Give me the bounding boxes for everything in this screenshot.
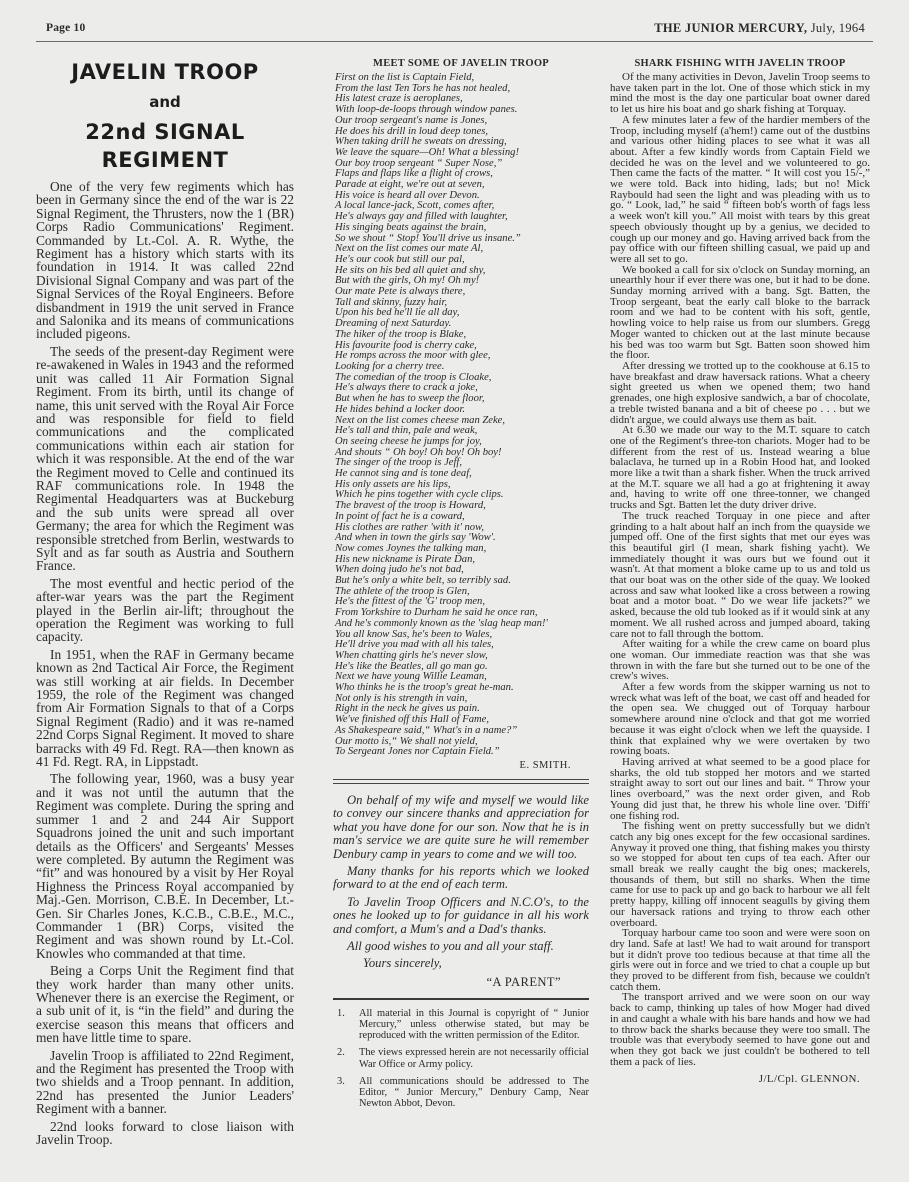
notice-number: 1.: [333, 1008, 359, 1042]
poem-author: E. SMITH.: [333, 760, 589, 771]
magazine-page: Page 10 THE JUNIOR MERCURY, July, 1964 J…: [0, 0, 909, 1182]
notices-divider: [333, 998, 589, 1000]
poem-line: To Sergeant Jones nor Captain Field.”: [335, 747, 589, 758]
paragraph: A few minutes later a few of the hardier…: [610, 115, 870, 265]
notice-item: 2. The views expressed herein are not ne…: [333, 1047, 589, 1069]
poem-line: The hiker of the troop is Blake,: [335, 330, 589, 341]
paragraph: 22nd looks forward to close liaison with…: [36, 1120, 294, 1147]
notice-item: 3. All communications should be addresse…: [333, 1076, 589, 1110]
publication-name: THE JUNIOR MERCURY,: [654, 21, 807, 35]
shark-article-author: J/L/Cpl. GLENNON.: [610, 1073, 870, 1085]
notice-text: All material in this Journal is copyrigh…: [359, 1008, 589, 1042]
letter-paragraph: On behalf of my wife and myself we would…: [333, 794, 589, 861]
article-title-line3: 22nd SIGNAL REGIMENT: [36, 118, 294, 174]
paragraph: We booked a call for six o'clock on Sund…: [610, 265, 870, 361]
paragraph: The transport arrived and we were soon o…: [610, 992, 870, 1067]
poem-line: On seeing cheese he jumps for joy,: [335, 437, 589, 448]
notice-number: 2.: [333, 1047, 359, 1069]
paragraph: One of the very few regiments which has …: [36, 180, 294, 341]
article-body: One of the very few regiments which has …: [36, 180, 294, 1146]
letter-paragraph: To Javelin Troop Officers and N.C.O's, t…: [333, 896, 589, 936]
paragraph: At 6.30 we made our way to the M.T. squa…: [610, 425, 870, 511]
paragraph: Having arrived at what seemed to be a go…: [610, 757, 870, 821]
paragraph: Being a Corps Unit the Regiment find tha…: [36, 964, 294, 1044]
article-title-line1: JAVELIN TROOP: [36, 58, 294, 86]
letter-signature: “A PARENT”: [333, 975, 589, 990]
column-poem-letter: MEET SOME OF JAVELIN TROOP First on the …: [333, 58, 589, 1116]
paragraph: In 1951, when the RAF in Germany became …: [36, 648, 294, 769]
shark-article-title: SHARK FISHING WITH JAVELIN TROOP: [610, 58, 870, 69]
poem-line: He hides behind a locker door.: [335, 405, 589, 416]
notice-text: The views expressed herein are not neces…: [359, 1047, 589, 1069]
publication-date: July, 1964: [811, 21, 865, 35]
poem-body: First on the list is Captain Field,From …: [333, 73, 589, 758]
paragraph: Javelin Troop is affiliated to 22nd Regi…: [36, 1049, 294, 1116]
paragraph: The fishing went on pretty successfully …: [610, 821, 870, 928]
notice-item: 1. All material in this Journal is copyr…: [333, 1008, 589, 1042]
paragraph: After waiting for a while the crew came …: [610, 639, 870, 682]
parent-letter: On behalf of my wife and myself we would…: [333, 794, 589, 990]
article-title-line2: and: [36, 92, 294, 112]
poem-line: And he's commonly known as the 'slag hea…: [335, 619, 589, 630]
notice-number: 3.: [333, 1076, 359, 1110]
paragraph: After a few words from the skipper warni…: [610, 682, 870, 757]
publication-header: THE JUNIOR MERCURY, July, 1964: [654, 21, 865, 36]
column-shark-article: SHARK FISHING WITH JAVELIN TROOP Of the …: [610, 58, 870, 1085]
paragraph: The most eventful and hectic period of t…: [36, 577, 294, 644]
poem-line: In point of fact he is a coward,: [335, 512, 589, 523]
poem-line: As Shakespeare said,“ What's in a name?”: [335, 726, 589, 737]
paragraph: The truck reached Torquay in one piece a…: [610, 511, 870, 639]
poem-title: MEET SOME OF JAVELIN TROOP: [333, 58, 589, 69]
poem-line: Our troop sergeant's name is Jones,: [335, 116, 589, 127]
notice-text: All communications should be addressed t…: [359, 1076, 589, 1110]
column-regiment-article: JAVELIN TROOP and 22nd SIGNAL REGIMENT O…: [36, 58, 294, 1150]
journal-notices: 1. All material in this Journal is copyr…: [333, 1008, 589, 1110]
shark-article-body: Of the many activities in Devon, Javelin…: [610, 72, 870, 1067]
section-divider: [333, 779, 589, 784]
header-divider: [36, 41, 873, 42]
letter-paragraph: Many thanks for his reports which we loo…: [333, 865, 589, 892]
letter-closing: Yours sincerely,: [333, 957, 589, 970]
letter-paragraph: All good wishes to you and all your staf…: [333, 940, 589, 953]
paragraph: The seeds of the present-day Regiment we…: [36, 345, 294, 573]
poem-line: His singing beats against the brain,: [335, 223, 589, 234]
paragraph: After dressing we trotted up to the cook…: [610, 361, 870, 425]
paragraph: Torquay harbour came too soon and were w…: [610, 928, 870, 992]
page-number: Page 10: [46, 22, 85, 34]
paragraph: Of the many activities in Devon, Javelin…: [610, 72, 870, 115]
paragraph: The following year, 1960, was a busy yea…: [36, 772, 294, 960]
